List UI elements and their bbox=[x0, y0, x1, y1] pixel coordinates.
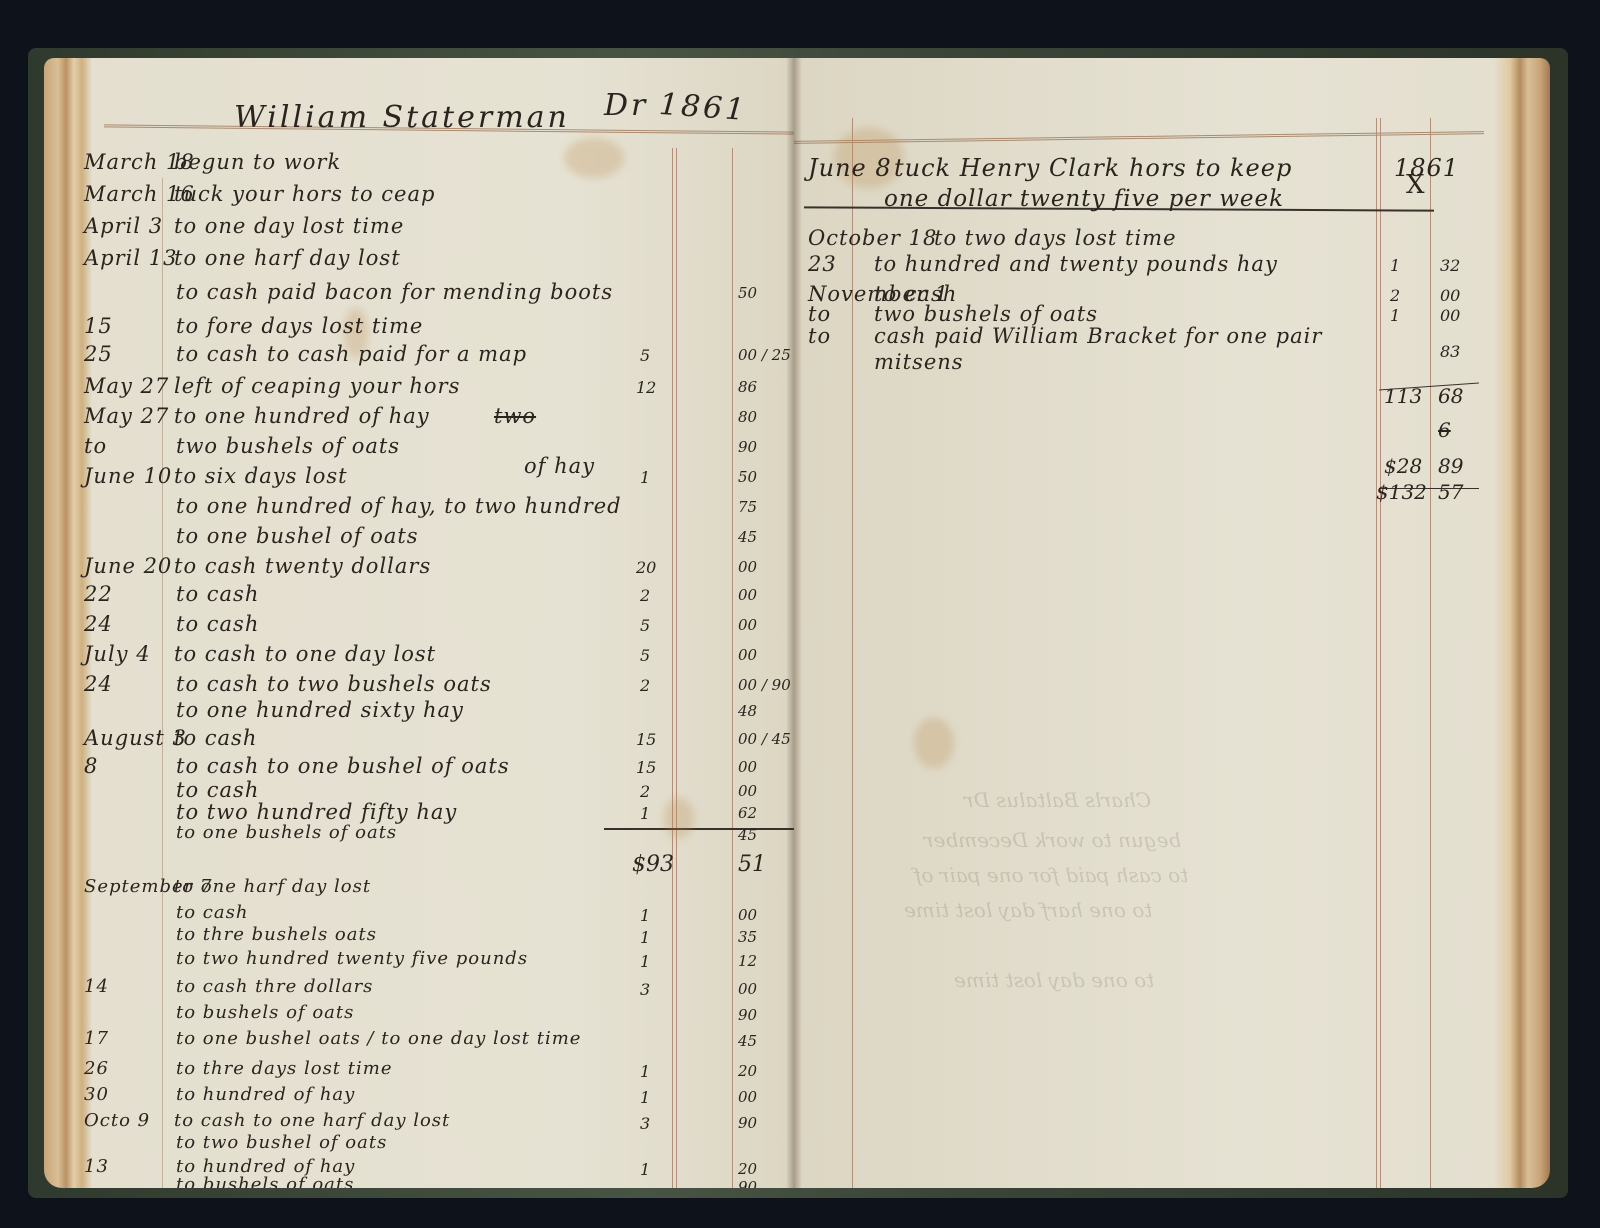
dollars-column-rule bbox=[672, 148, 673, 1188]
amount-dollars: 2 bbox=[1390, 286, 1400, 305]
amount-cents: 90 bbox=[738, 1114, 757, 1132]
date-column-rule bbox=[162, 178, 163, 1188]
entry-date: April 13 bbox=[84, 246, 177, 270]
total-dollars: $132 bbox=[1376, 480, 1427, 504]
amount-cents: 90 bbox=[738, 1178, 757, 1188]
entry-date: 26 bbox=[84, 1058, 109, 1079]
entry-date: 23 bbox=[808, 252, 837, 276]
amount-cents: 86 bbox=[738, 378, 757, 396]
amount-dollars: 1 bbox=[640, 1160, 650, 1179]
entry-description: to two days lost time bbox=[934, 226, 1177, 250]
entry-date: 13 bbox=[84, 1156, 109, 1177]
amount-dollars: 5 bbox=[640, 616, 650, 635]
amount-cents: 00 bbox=[1440, 286, 1460, 305]
amount-cents: 20 bbox=[738, 1062, 757, 1080]
entry-description: to thre bushels oats bbox=[176, 924, 377, 945]
amount-cents: 00 bbox=[1440, 306, 1460, 325]
amount-cents: 50 bbox=[738, 284, 757, 302]
entry-description: to fore days lost time bbox=[176, 314, 423, 338]
entry-description: to one hundred sixty hay bbox=[176, 698, 464, 722]
entry-note: of hay bbox=[524, 454, 595, 478]
amount-cents: 00 bbox=[738, 906, 757, 924]
amount-cents: 32 bbox=[1440, 256, 1460, 275]
entry-description: to cash twenty dollars bbox=[174, 554, 431, 578]
amount-cents: 00 / 45 bbox=[738, 730, 791, 748]
dollars-column-rule-2 bbox=[1380, 118, 1381, 1188]
entry-description: to hundred of hay bbox=[176, 1084, 355, 1105]
amount-cents: 00 / 25 bbox=[738, 346, 791, 364]
entry-date: 30 bbox=[84, 1084, 109, 1105]
header-rate: one dollar twenty five per week bbox=[884, 186, 1284, 212]
entry-date: 24 bbox=[84, 672, 113, 696]
date-column-rule bbox=[852, 118, 853, 1188]
right-ledger-page: June 8 tuck Henry Clark hors to keep 186… bbox=[794, 58, 1550, 1188]
entry-date: 14 bbox=[84, 976, 109, 997]
entry-date: 15 bbox=[84, 314, 113, 338]
amount-dollars: 20 bbox=[636, 558, 656, 577]
entry-description: to cash to one day lost bbox=[174, 642, 436, 666]
total-dollars: $28 bbox=[1384, 454, 1422, 478]
amount-cents: 00 / 90 bbox=[738, 676, 791, 694]
entry-description: to two hundred fifty hay bbox=[176, 800, 457, 824]
total-cents: 6 bbox=[1438, 418, 1451, 442]
entry-date: May 27 bbox=[84, 404, 169, 428]
amount-dollars: $93 bbox=[632, 852, 674, 877]
amount-cents: 75 bbox=[738, 498, 757, 516]
amount-dollars: 3 bbox=[640, 1114, 650, 1133]
entry-date: April 3 bbox=[84, 214, 163, 238]
header-date: June 8 bbox=[808, 154, 892, 182]
amount-cents: 00 bbox=[738, 616, 757, 634]
amount-dollars: 1 bbox=[640, 468, 650, 487]
entry-description: to one bushel of oats bbox=[176, 524, 419, 548]
amount-cents: 12 bbox=[738, 952, 757, 970]
stain bbox=[564, 138, 624, 178]
entry-date: October 18 bbox=[808, 226, 937, 250]
amount-cents: 00 bbox=[738, 558, 757, 576]
header-year: 1861 bbox=[658, 87, 749, 128]
amount-cents: 50 bbox=[738, 468, 757, 486]
entry-description: to cash bbox=[176, 778, 259, 802]
entry-description: to thre days lost time bbox=[176, 1058, 392, 1079]
amount-dollars: 1 bbox=[640, 804, 650, 823]
total-dollars: 113 bbox=[1384, 384, 1422, 408]
stain bbox=[664, 798, 694, 838]
entry-description: to one bushels of oats bbox=[176, 822, 397, 843]
amount-cents: 83 bbox=[1440, 342, 1460, 361]
amount-cents: 00 bbox=[738, 758, 757, 776]
entry-description: to one hundred of hay, to two hundred bbox=[176, 494, 622, 518]
entry-description: to two hundred twenty five pounds bbox=[176, 948, 528, 969]
debit-label: Dr bbox=[604, 88, 648, 123]
entry-description: to one hundred of hay bbox=[174, 404, 430, 428]
entry-description: to hundred and twenty pounds hay bbox=[874, 252, 1278, 276]
amount-dollars: 1 bbox=[1390, 306, 1400, 325]
entry-description: to bushels of oats bbox=[176, 1174, 354, 1188]
entry-description: to cash to two bushels oats bbox=[176, 672, 492, 696]
entry-description: cash paid William Bracket for one pair bbox=[874, 324, 1322, 348]
dollars-column-rule-2 bbox=[676, 148, 677, 1188]
entry-date: 24 bbox=[84, 612, 113, 636]
entry-description: begun to work bbox=[174, 150, 341, 174]
amount-cents: 90 bbox=[738, 1006, 757, 1024]
entry-description: to one bushel oats / to one day lost tim… bbox=[176, 1028, 581, 1049]
entry-date: to bbox=[808, 302, 831, 326]
entry-description: mitsens bbox=[874, 350, 964, 374]
book-gutter bbox=[786, 58, 802, 1188]
struck-word: two bbox=[494, 404, 536, 428]
entry-date: 8 bbox=[84, 754, 98, 778]
header-year: 1861 bbox=[1394, 154, 1459, 182]
total-cents: 89 bbox=[1438, 454, 1463, 478]
amount-cents: 35 bbox=[738, 928, 757, 946]
entry-description: to cash bbox=[176, 612, 259, 636]
amount-cents: 45 bbox=[738, 1032, 757, 1050]
entry-date: June 10 bbox=[84, 464, 172, 488]
entry-date: August 3 bbox=[84, 726, 187, 750]
entry-description: to cash to one bushel of oats bbox=[176, 754, 510, 778]
amount-cents: 80 bbox=[738, 408, 757, 426]
entry-description: to cash bbox=[176, 582, 259, 606]
entry-date: 17 bbox=[84, 1028, 109, 1049]
amount-dollars: 5 bbox=[640, 346, 650, 365]
total-cents: 57 bbox=[1438, 480, 1463, 504]
amount-cents: 20 bbox=[738, 1160, 757, 1178]
amount-cents: 62 bbox=[738, 804, 757, 822]
amount-cents: 51 bbox=[738, 852, 766, 877]
dollars-column-rule bbox=[1376, 118, 1377, 1188]
entry-description: to bushels of oats bbox=[176, 1002, 354, 1023]
entry-description: to one harf day lost bbox=[174, 876, 371, 897]
amount-cents: 00 bbox=[738, 980, 757, 998]
amount-cents: 00 bbox=[738, 586, 757, 604]
entry-date: June 20 bbox=[84, 554, 172, 578]
amount-cents: 00 bbox=[738, 646, 757, 664]
cents-column-rule bbox=[1430, 118, 1431, 1188]
amount-cents: 90 bbox=[738, 438, 757, 456]
entry-date: to bbox=[808, 324, 831, 348]
entry-date: July 4 bbox=[84, 642, 151, 666]
total-cents: 68 bbox=[1438, 384, 1463, 408]
amount-dollars: 1 bbox=[640, 1088, 650, 1107]
left-ledger-page: William Staterman Dr 1861 March 18begun … bbox=[44, 58, 794, 1188]
amount-dollars: 3 bbox=[640, 980, 650, 999]
amount-dollars: 2 bbox=[640, 782, 650, 801]
cents-column-rule bbox=[732, 148, 733, 1188]
amount-cents: 45 bbox=[738, 826, 757, 844]
entry-description: to one harf day lost bbox=[174, 246, 401, 270]
entry-description: to cash to cash paid for a map bbox=[176, 342, 527, 366]
entry-description: to cash bbox=[176, 902, 248, 923]
amount-cents: 48 bbox=[738, 702, 757, 720]
entry-description: two bushels of oats bbox=[176, 434, 400, 458]
entry-date: 25 bbox=[84, 342, 113, 366]
amount-cents: 45 bbox=[738, 528, 757, 546]
amount-cents: 00 bbox=[738, 782, 757, 800]
account-holder-name: William Staterman bbox=[234, 100, 570, 135]
amount-dollars: 1 bbox=[640, 1062, 650, 1081]
amount-dollars: 1 bbox=[640, 928, 650, 947]
subtotal-line bbox=[604, 828, 794, 830]
header-text: tuck Henry Clark hors to keep bbox=[894, 154, 1292, 182]
amount-dollars: 15 bbox=[636, 730, 656, 749]
entry-description: to cash to one harf day lost bbox=[174, 1110, 450, 1131]
entry-date: to bbox=[84, 434, 107, 458]
entry-description: left of ceaping your hors bbox=[174, 374, 460, 398]
amount-dollars: 2 bbox=[640, 586, 650, 605]
entry-description: two bushels of oats bbox=[874, 302, 1098, 326]
entry-date: 22 bbox=[84, 582, 113, 606]
entry-description: tuck your hors to ceap bbox=[174, 182, 435, 206]
entry-description: to six days lost bbox=[174, 464, 348, 488]
entry-date: May 27 bbox=[84, 374, 169, 398]
entry-date: Octo 9 bbox=[84, 1110, 150, 1131]
entry-description: to cash paid bacon for mending boots bbox=[176, 280, 613, 304]
cross-mark: X bbox=[1406, 170, 1426, 200]
amount-dollars: 1 bbox=[1390, 256, 1400, 275]
amount-dollars: 1 bbox=[640, 952, 650, 971]
amount-dollars: 15 bbox=[636, 758, 656, 777]
entry-description: to one day lost time bbox=[174, 214, 404, 238]
entry-description: to cash thre dollars bbox=[176, 976, 373, 997]
amount-dollars: 1 bbox=[640, 906, 650, 925]
amount-dollars: 12 bbox=[636, 378, 656, 397]
stain bbox=[914, 718, 954, 768]
amount-cents: 00 bbox=[738, 1088, 757, 1106]
entry-description: to cash bbox=[174, 726, 257, 750]
amount-dollars: 5 bbox=[640, 646, 650, 665]
entry-description: to two bushel of oats bbox=[176, 1132, 387, 1153]
amount-dollars: 2 bbox=[640, 676, 650, 695]
